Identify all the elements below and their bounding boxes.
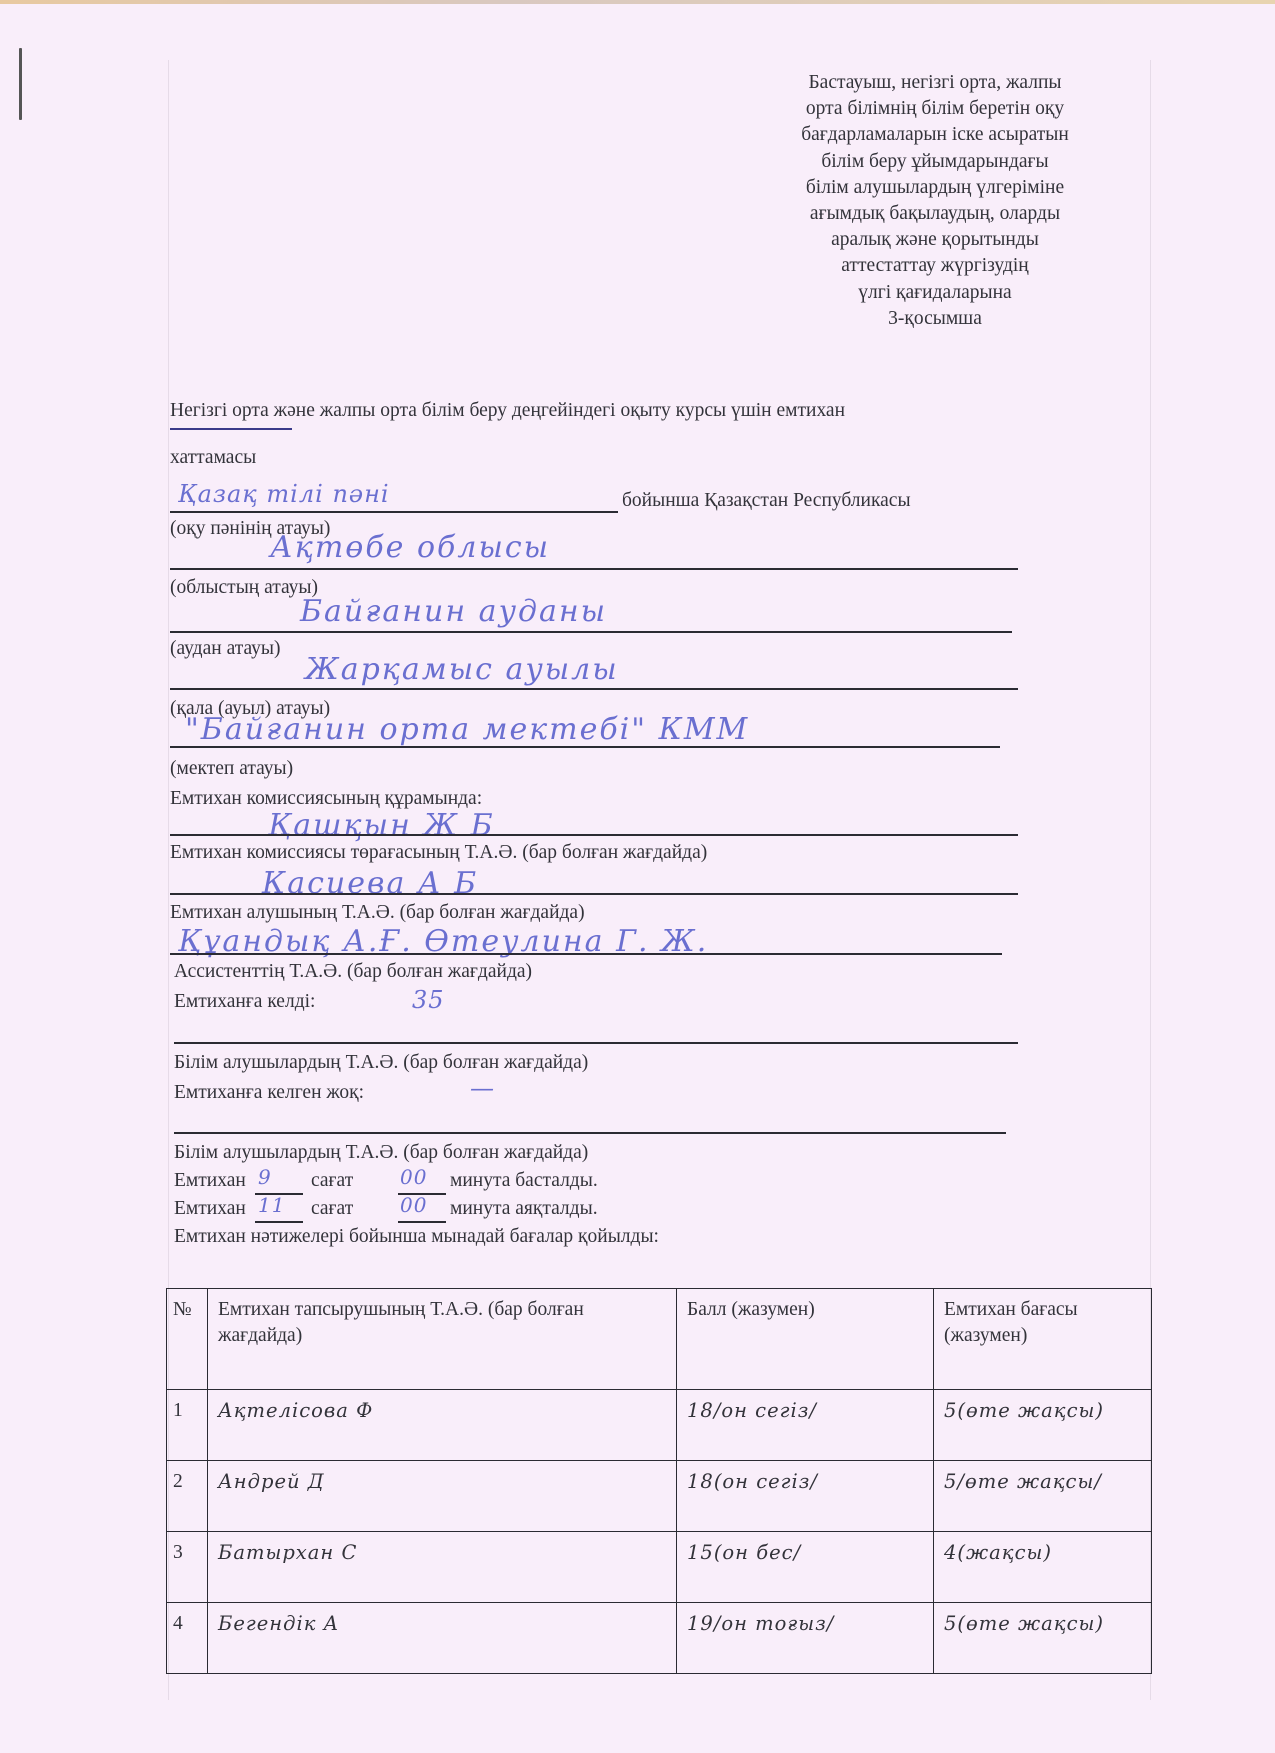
appendix-header: Бастауыш, негізгі орта, жалпы орта білім… xyxy=(740,70,1130,332)
margin-mark xyxy=(19,48,22,120)
end-suffix: минута аяқталды. xyxy=(450,1198,598,1220)
chairman-label: Емтихан комиссиясы төрағасының Т.А.Ә. (б… xyxy=(170,842,707,864)
end-prefix: Емтихан xyxy=(174,1198,246,1220)
student-grade[interactable]: 4(жақсы) xyxy=(934,1532,1152,1603)
student-score[interactable]: 18(он сегіз/ xyxy=(677,1461,934,1532)
header-line: аралық және қорытынды xyxy=(740,227,1130,253)
end-hour[interactable]: 11 xyxy=(258,1193,285,1217)
start-hour[interactable]: 9 xyxy=(258,1165,272,1189)
header-line: ағымдық бақылаудың, оларды xyxy=(740,201,1130,227)
student-name[interactable]: Бегендік А xyxy=(208,1603,677,1674)
header-number: № xyxy=(167,1289,208,1390)
district-line xyxy=(170,631,1012,633)
student-grade[interactable]: 5(өте жақсы) xyxy=(934,1603,1152,1674)
student-score[interactable]: 18/он сегіз/ xyxy=(677,1390,934,1461)
school-value[interactable]: "Байғанин орта мектебі" КММ xyxy=(185,712,749,747)
table-row: 2 Андрей Д 18(он сегіз/ 5/өте жақсы/ xyxy=(167,1461,1152,1532)
results-table: № Емтихан тапсырушының Т.А.Ә. (бар болға… xyxy=(166,1288,1152,1674)
absent-names-label: Білім алушылардың Т.А.Ә. (бар болған жағ… xyxy=(174,1142,588,1164)
school-line xyxy=(170,746,1000,748)
results-intro: Емтихан нәтижелері бойынша мынадай бағал… xyxy=(174,1226,659,1248)
end-mid: сағат xyxy=(311,1198,353,1220)
header-line: бағдарламаларын іске асыратын xyxy=(740,122,1130,148)
village-value[interactable]: Жарқамыс ауылы xyxy=(305,652,619,687)
student-score[interactable]: 15(он бес/ xyxy=(677,1532,934,1603)
examiner-value[interactable]: Касиева А Б xyxy=(262,866,478,901)
header-name: Емтихан тапсырушының Т.А.Ә. (бар болған … xyxy=(208,1289,677,1390)
scan-edge xyxy=(0,0,1275,4)
start-minute[interactable]: 00 xyxy=(400,1165,427,1189)
header-line: аттестаттау жүргізудің xyxy=(740,253,1130,279)
end-hour-line xyxy=(255,1221,303,1223)
district-value[interactable]: Байғанин ауданы xyxy=(300,594,607,629)
subject-value[interactable]: Қазақ тілі пәні xyxy=(178,480,390,508)
header-line: Бастауыш, негізгі орта, жалпы xyxy=(740,70,1130,96)
chairman-value[interactable]: Қашқын Ж Б xyxy=(268,808,495,843)
start-mid: сағат xyxy=(311,1170,353,1192)
attended-line xyxy=(174,1042,1018,1044)
student-grade[interactable]: 5/өте жақсы/ xyxy=(934,1461,1152,1532)
row-number: 4 xyxy=(167,1603,208,1674)
header-line: білім алушылардың үлгеріміне xyxy=(740,175,1130,201)
header-line: білім беру ұйымдарындағы xyxy=(740,149,1130,175)
row-number: 3 xyxy=(167,1532,208,1603)
examiner-line xyxy=(170,893,1018,895)
assistant-label: Ассистенттің Т.А.Ә. (бар болған жағдайда… xyxy=(174,961,532,983)
school-label: (мектеп атауы) xyxy=(170,758,293,780)
end-minute[interactable]: 00 xyxy=(400,1193,427,1217)
start-suffix: минута басталды. xyxy=(450,1170,598,1192)
header-grade: Емтихан бағасы (жазумен) xyxy=(934,1289,1152,1390)
student-name[interactable]: Батырхан С xyxy=(208,1532,677,1603)
student-name[interactable]: Ақтелісова Ф xyxy=(208,1390,677,1461)
absent-value[interactable]: — xyxy=(470,1074,495,1102)
region-line xyxy=(170,568,1018,570)
absent-line xyxy=(174,1132,1006,1134)
attended-names-label: Білім алушылардың Т.А.Ә. (бар болған жағ… xyxy=(174,1052,588,1074)
header-line: орта білімнің білім беретін оқу xyxy=(740,96,1130,122)
pen-underline xyxy=(170,428,292,430)
absent-label: Емтиханға келген жоқ: xyxy=(174,1082,364,1104)
region-label: (облыстың атауы) xyxy=(170,577,318,599)
student-score[interactable]: 19/он тоғыз/ xyxy=(677,1603,934,1674)
subject-suffix: бойынша Қазақстан Республикасы xyxy=(622,490,911,512)
appendix-number: 3-қосымша xyxy=(740,306,1130,332)
row-number: 1 xyxy=(167,1390,208,1461)
commission-intro: Емтихан комиссиясының құрамында: xyxy=(170,788,482,810)
table-row: 4 Бегендік А 19/он тоғыз/ 5(өте жақсы) xyxy=(167,1603,1152,1674)
district-label: (аудан атауы) xyxy=(170,638,281,660)
attended-label: Емтиханға келді: xyxy=(174,991,315,1013)
table-row: 3 Батырхан С 15(он бес/ 4(жақсы) xyxy=(167,1532,1152,1603)
chairman-line xyxy=(170,834,1018,836)
attended-count[interactable]: 35 xyxy=(412,986,445,1014)
table-row: 1 Ақтелісова Ф 18/он сегіз/ 5(өте жақсы) xyxy=(167,1390,1152,1461)
student-grade[interactable]: 5(өте жақсы) xyxy=(934,1390,1152,1461)
subject-line xyxy=(170,511,618,513)
end-minute-line xyxy=(398,1221,446,1223)
examiner-label: Емтихан алушының Т.А.Ә. (бар болған жағд… xyxy=(170,902,585,924)
document-title: Негізгі орта және жалпы орта білім беру … xyxy=(170,400,845,422)
region-value[interactable]: Ақтөбе облысы xyxy=(270,530,550,565)
header-score: Балл (жазумен) xyxy=(677,1289,934,1390)
assistant-line xyxy=(170,953,1002,955)
start-prefix: Емтихан xyxy=(174,1170,246,1192)
row-number: 2 xyxy=(167,1461,208,1532)
village-line xyxy=(170,688,1018,690)
document-title-cont: хаттамасы xyxy=(170,447,256,469)
table-header-row: № Емтихан тапсырушының Т.А.Ә. (бар болға… xyxy=(167,1289,1152,1390)
student-name[interactable]: Андрей Д xyxy=(208,1461,677,1532)
header-line: үлгі қағидаларына xyxy=(740,280,1130,306)
